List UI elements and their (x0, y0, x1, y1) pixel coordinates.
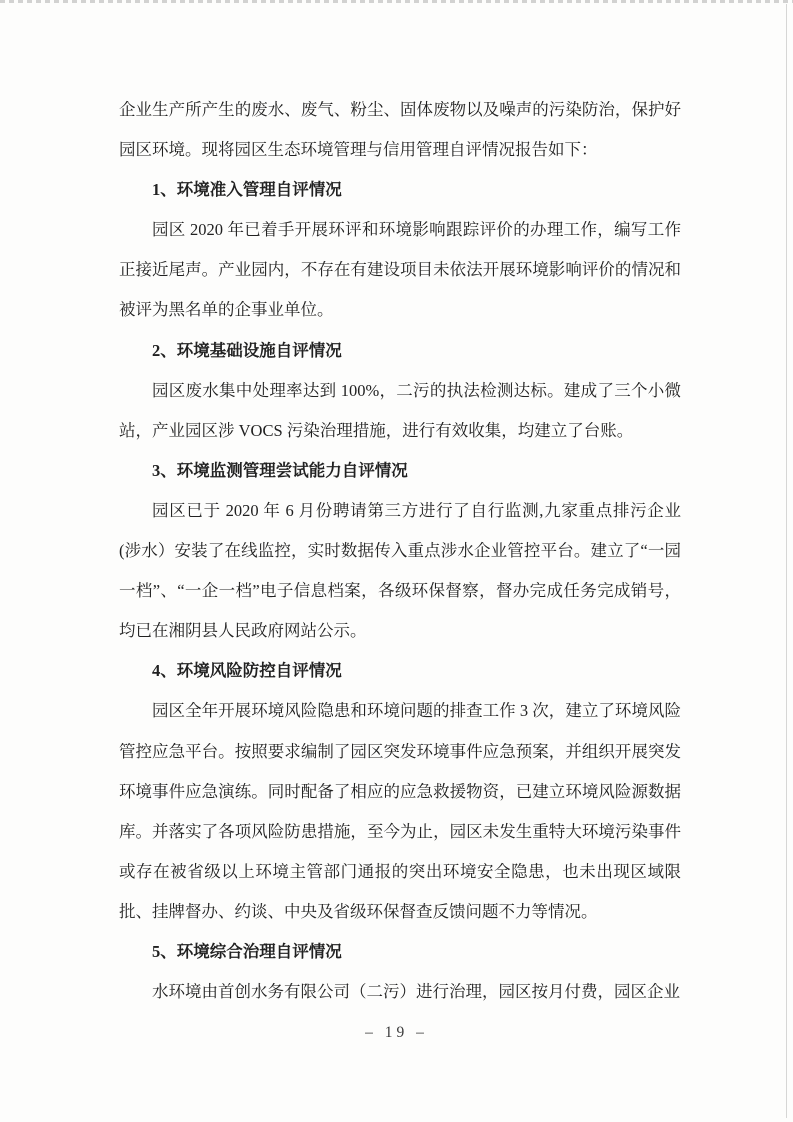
scan-artifact-right-edge (786, 4, 787, 1118)
section-5-paragraph: 水环境由首创水务有限公司（二污）进行治理，园区按月付费，园区企业 (119, 972, 681, 1012)
section-heading-1: 1、环境准入管理自评情况 (119, 170, 681, 210)
document-body: 企业生产所产生的废水、废气、粉尘、固体废物以及噪声的污染防治，保护好园区环境。现… (119, 90, 681, 1012)
section-3-paragraph: 园区已于 2020 年 6 月份聘请第三方进行了自行监测,九家重点排污企业(涉水… (119, 491, 681, 651)
section-2-paragraph: 园区废水集中处理率达到 100%，二污的执法检测达标。建成了三个小微站，产业园区… (119, 371, 681, 451)
section-heading-2: 2、环境基础设施自评情况 (119, 331, 681, 371)
section-heading-5: 5、环境综合治理自评情况 (119, 932, 681, 972)
section-4-paragraph: 园区全年开展环境风险隐患和环境问题的排查工作 3 次，建立了环境风险管控应急平台… (119, 691, 681, 932)
scan-artifact-top-edge (0, 0, 793, 3)
section-heading-3: 3、环境监测管理尝试能力自评情况 (119, 451, 681, 491)
page-number: – 19 – (0, 1024, 793, 1042)
section-1-paragraph: 园区 2020 年已着手开展环评和环境影响跟踪评价的办理工作，编写工作正接近尾声… (119, 210, 681, 330)
paragraph-continuation: 企业生产所产生的废水、废气、粉尘、固体废物以及噪声的污染防治，保护好园区环境。现… (119, 90, 681, 170)
section-heading-4: 4、环境风险防控自评情况 (119, 651, 681, 691)
scanned-document-page: 企业生产所产生的废水、废气、粉尘、固体废物以及噪声的污染防治，保护好园区环境。现… (0, 0, 793, 1122)
